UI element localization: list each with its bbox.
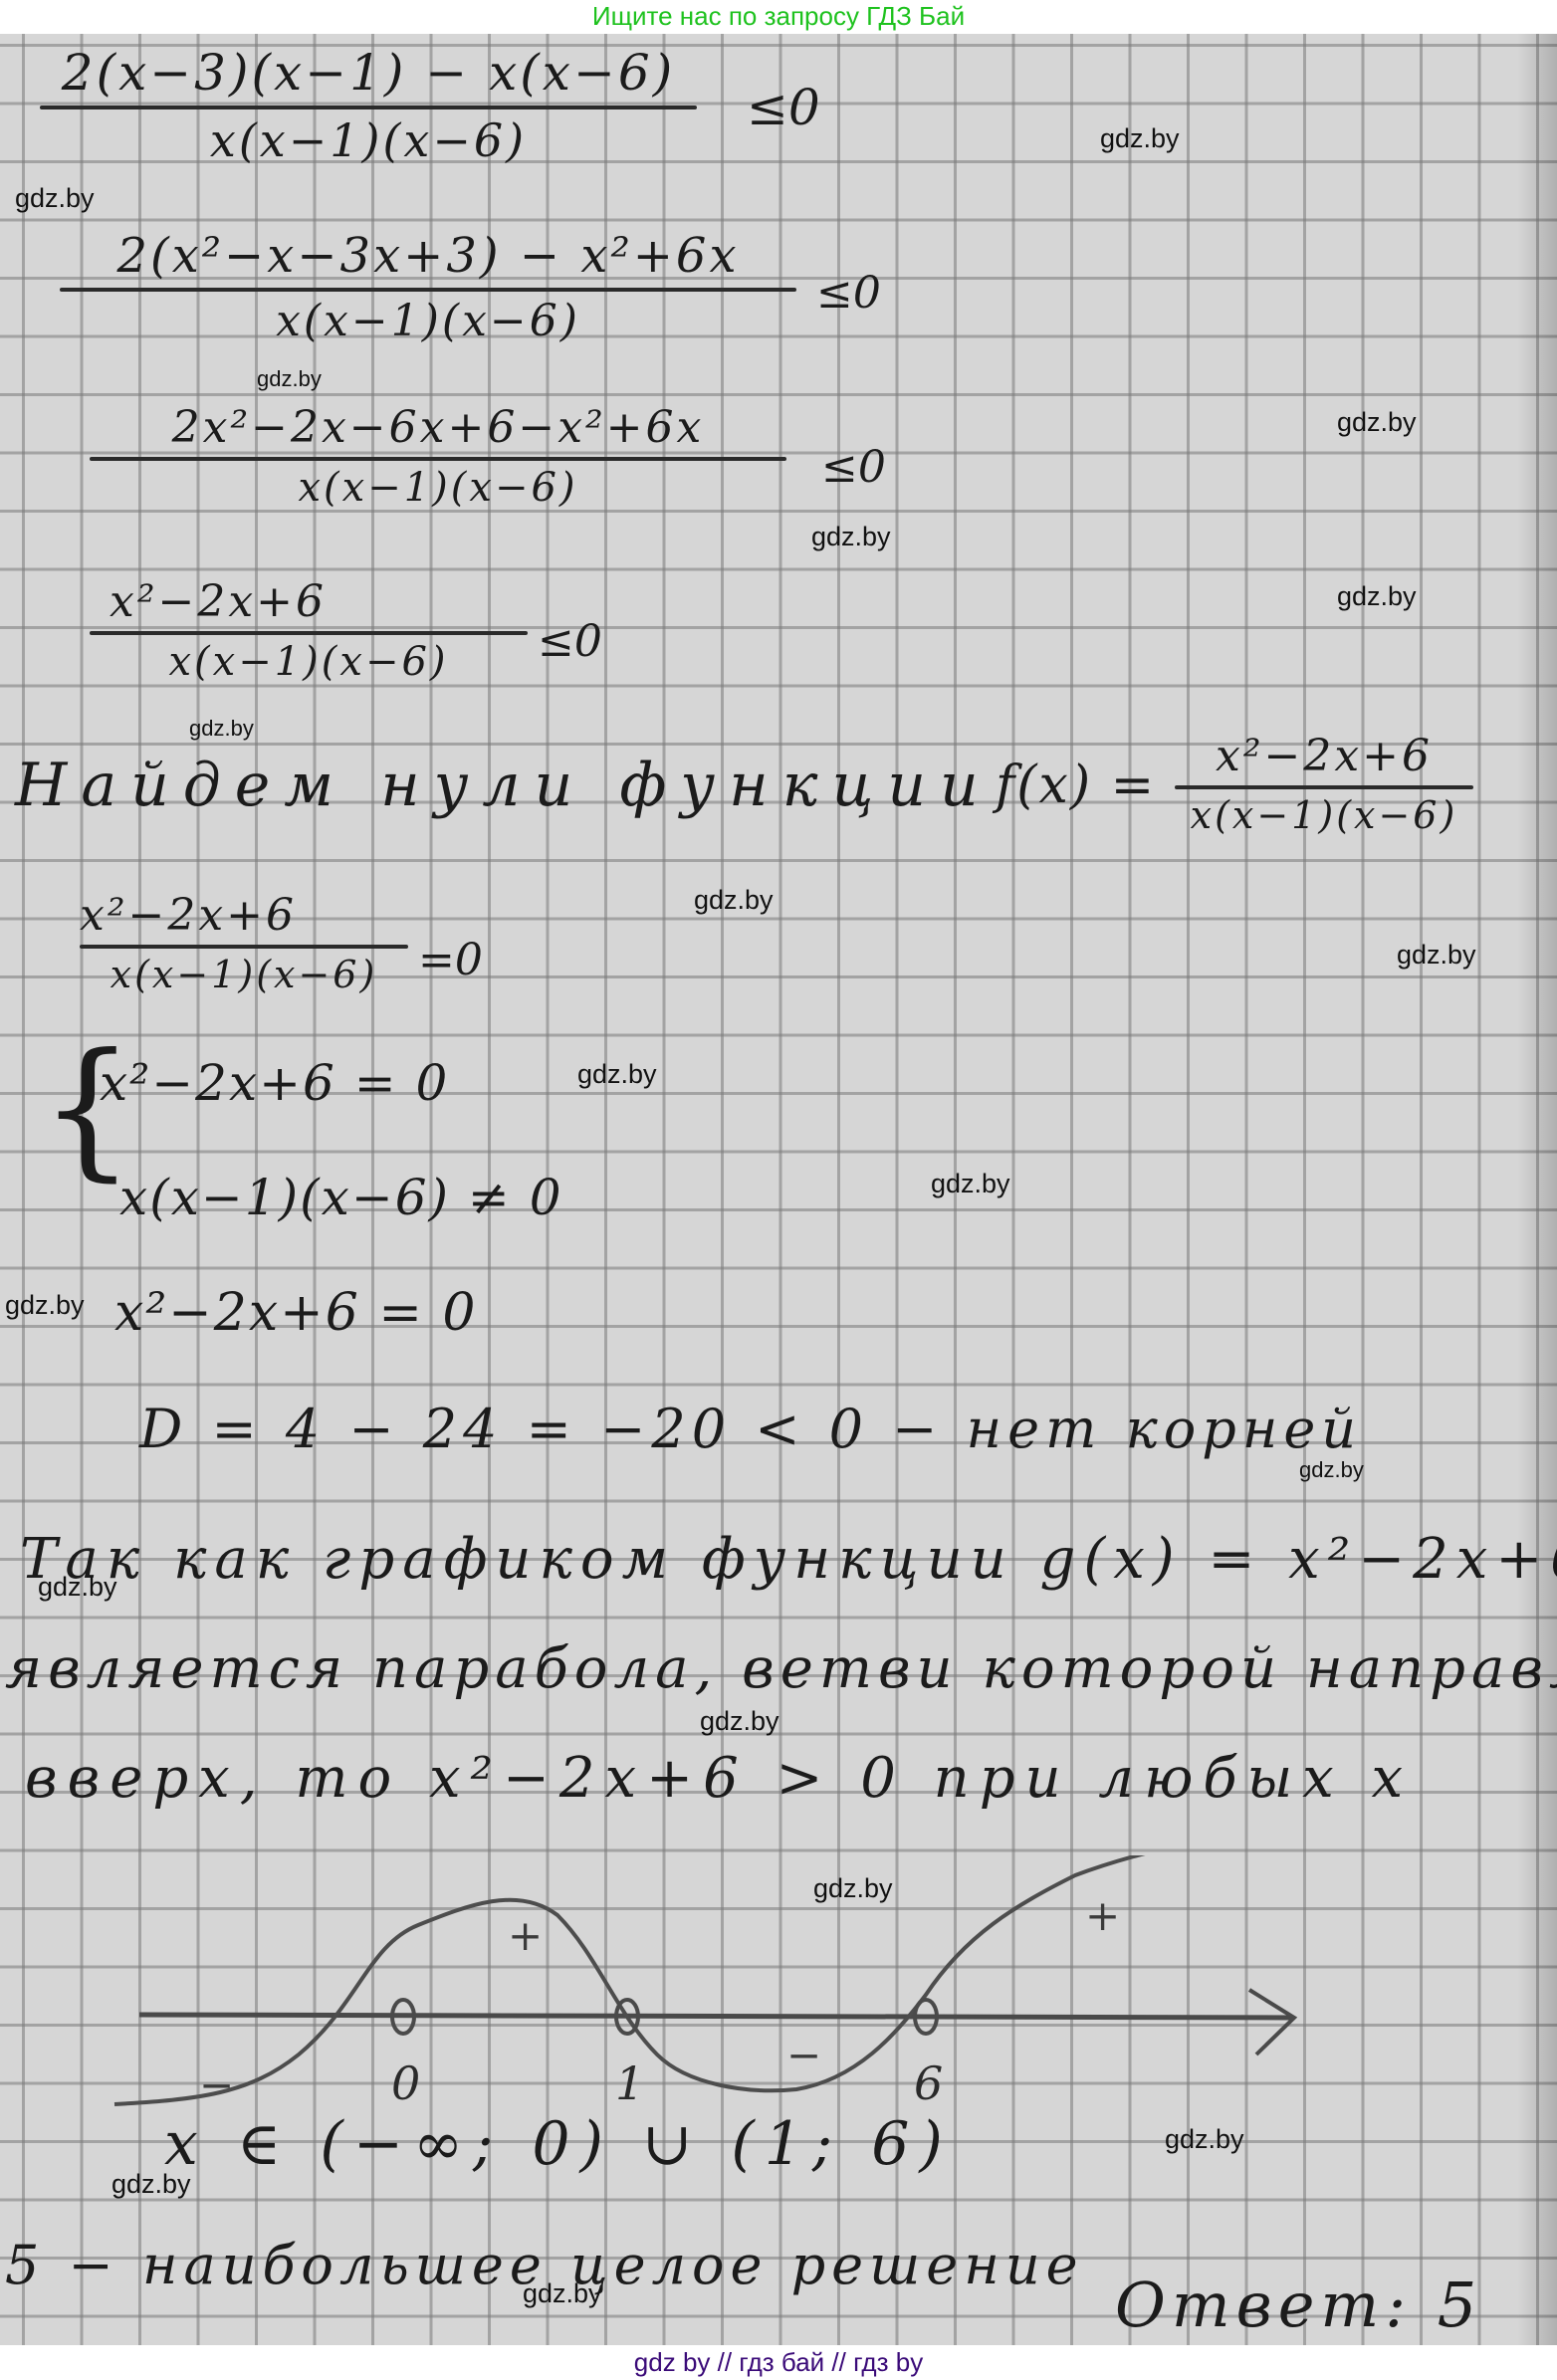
explanation-line-1: Так как графиком функции g(x) = x²−2x+6 bbox=[20, 1527, 1557, 1592]
final-answer: Ответ: 5 bbox=[1115, 2269, 1482, 2341]
watermark: gdz.by bbox=[811, 522, 891, 552]
step1-denominator: x(x−1)(x−6) bbox=[40, 113, 697, 167]
step3-numerator: 2x²−2x−6x+6−x²+6x bbox=[90, 402, 786, 453]
watermark: gdz.by bbox=[1100, 123, 1180, 154]
watermark: gdz.by bbox=[1337, 407, 1417, 438]
explanation-line-3: вверх, то x²−2x+6 > 0 при любых x bbox=[25, 1746, 1413, 1811]
step3-relation: ≤0 bbox=[821, 442, 886, 493]
step4-relation: ≤0 bbox=[538, 616, 602, 667]
watermark: gdz.by bbox=[577, 1059, 657, 1090]
watermark: gdz.by bbox=[1165, 2124, 1244, 2155]
step2-relation: ≤0 bbox=[816, 268, 881, 319]
watermark: gdz.by bbox=[1397, 940, 1476, 971]
equation-fraction: x²−2x+6 x(x−1)(x−6) bbox=[80, 890, 408, 996]
sign-label: + bbox=[1085, 1891, 1120, 1940]
watermark: gdz.by bbox=[700, 1706, 779, 1737]
zeros-text: Найдем нули функции bbox=[15, 751, 993, 820]
fraction-bar bbox=[1175, 785, 1473, 789]
watermark: gdz.by bbox=[111, 2169, 191, 2200]
interval-answer: x ∈ (−∞; 0) ∪ (1; 6) bbox=[164, 2109, 953, 2179]
step3-denominator: x(x−1)(x−6) bbox=[90, 465, 786, 511]
point-label: 0 bbox=[391, 2056, 420, 2110]
sign-label: − bbox=[199, 2060, 234, 2109]
function-fraction: x²−2x+6 x(x−1)(x−6) bbox=[1175, 731, 1473, 837]
watermark: gdz.by bbox=[189, 716, 254, 742]
sign-chart: 016 −+−+ bbox=[0, 1855, 1557, 2134]
top-banner: Ищите нас по запросу ГДЗ Бай bbox=[0, 0, 1557, 34]
step1-relation: ≤0 bbox=[747, 79, 820, 136]
equation-numerator: x²−2x+6 bbox=[80, 890, 408, 941]
watermark: gdz.by bbox=[813, 1873, 893, 1904]
watermark: gdz.by bbox=[1337, 581, 1417, 612]
step4-denominator: x(x−1)(x−6) bbox=[90, 639, 528, 685]
watermark: gdz.by bbox=[694, 885, 774, 916]
fraction-bar bbox=[60, 288, 796, 292]
bottom-banner: gdz by // гдз бай // гдз by bbox=[0, 2345, 1557, 2380]
system-line-1: x²−2x+6 = 0 bbox=[100, 1054, 449, 1112]
point-label: 6 bbox=[914, 2056, 943, 2110]
quadratic-equation: x²−2x+6 = 0 bbox=[114, 1283, 478, 1343]
explanation-line-2: является парабола, ветви которой направл… bbox=[5, 1636, 1557, 1701]
step2-denominator: x(x−1)(x−6) bbox=[60, 296, 796, 346]
discriminant-line: D = 4 − 24 = −20 < 0 − нет корней bbox=[139, 1398, 1362, 1460]
watermark: gdz.by bbox=[15, 183, 95, 214]
step4-numerator: x²−2x+6 bbox=[90, 576, 528, 627]
step1-fraction: 2(x−3)(x−1) − x(x−6) x(x−1)(x−6) bbox=[40, 44, 697, 167]
fraction-bar bbox=[40, 106, 697, 109]
sign-label: − bbox=[786, 2031, 821, 2079]
fraction-bar bbox=[90, 457, 786, 461]
function-numerator: x²−2x+6 bbox=[1175, 731, 1473, 781]
step2-numerator: 2(x²−x−3x+3) − x²+6x bbox=[60, 228, 796, 284]
equation-denominator: x(x−1)(x−6) bbox=[80, 953, 408, 996]
point-label: 1 bbox=[615, 2056, 644, 2110]
step4-fraction: x²−2x+6 x(x−1)(x−6) bbox=[90, 576, 528, 685]
watermark: gdz.by bbox=[5, 1290, 85, 1321]
watermark: gdz.by bbox=[931, 1169, 1010, 1199]
step2-fraction: 2(x²−x−3x+3) − x²+6x x(x−1)(x−6) bbox=[60, 228, 796, 346]
watermark: gdz.by bbox=[1299, 1457, 1364, 1483]
watermark: gdz.by bbox=[257, 366, 322, 392]
watermark: gdz.by bbox=[38, 1572, 117, 1603]
function-denominator: x(x−1)(x−6) bbox=[1175, 793, 1473, 837]
fraction-bar bbox=[90, 631, 528, 635]
function-label: f(x) = bbox=[996, 756, 1156, 815]
sign-label: + bbox=[508, 1911, 543, 1960]
notebook-page: 2(x−3)(x−1) − x(x−6) x(x−1)(x−6) ≤0 2(x²… bbox=[0, 34, 1557, 2345]
step3-fraction: 2x²−2x−6x+6−x²+6x x(x−1)(x−6) bbox=[90, 402, 786, 511]
watermark: gdz.by bbox=[523, 2278, 602, 2309]
system-line-2: x(x−1)(x−6) ≠ 0 bbox=[119, 1169, 563, 1226]
step1-numerator: 2(x−3)(x−1) − x(x−6) bbox=[40, 44, 697, 102]
fraction-bar bbox=[80, 945, 408, 949]
equation-relation: =0 bbox=[418, 935, 483, 985]
